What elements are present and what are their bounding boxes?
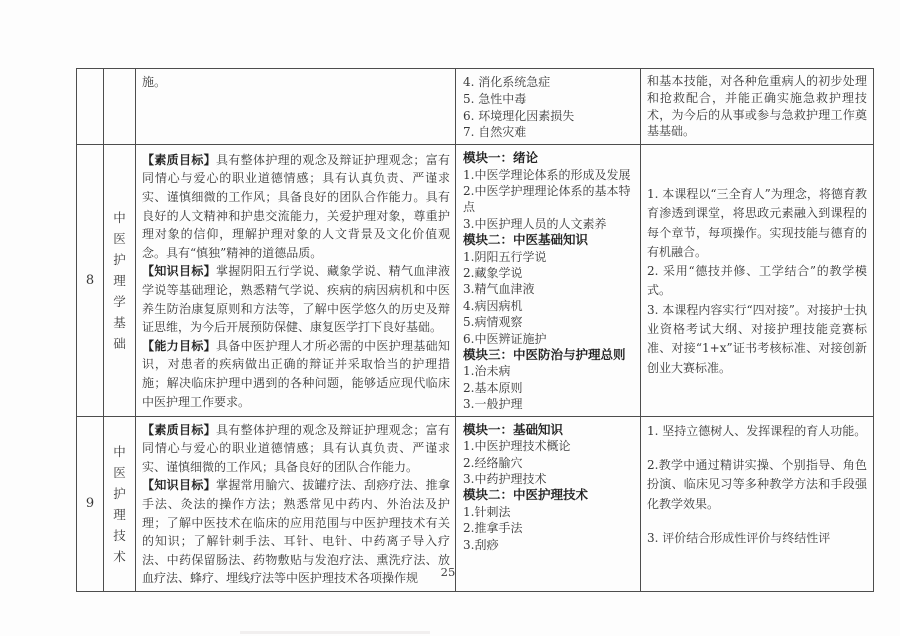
curriculum-table: 施。 4. 消化系统急症5. 急性中毒6. 环境理化因素损失7. 自然灾难 和基… [76, 68, 874, 592]
next-page-edge [240, 631, 430, 634]
page-number: 25 [0, 565, 896, 579]
document-page: 施。 4. 消化系统急症5. 急性中毒6. 环境理化因素损失7. 自然灾难 和基… [0, 0, 900, 636]
course-name-vertical: 中 医 护 理 技 术 [104, 441, 135, 567]
table-row: 施。 4. 消化系统急症5. 急性中毒6. 环境理化因素损失7. 自然灾难 和基… [77, 69, 874, 145]
table-body: 施。 4. 消化系统急症5. 急性中毒6. 环境理化因素损失7. 自然灾难 和基… [77, 69, 874, 592]
row-number-cell [77, 69, 104, 145]
objectives-cell: 施。 [136, 69, 456, 145]
content-cell: 4. 消化系统急症5. 急性中毒6. 环境理化因素损失7. 自然灾难 [456, 69, 641, 145]
row-number-cell: 8 [77, 145, 104, 417]
table-row: 8 中 医 护 理 学 基 础 【素质目标】具有整体护理的观念及辩证护理观念；富… [77, 145, 874, 417]
course-name-cell: 中 医 护 理 学 基 础 [104, 145, 136, 417]
notes-cell: 和基本技能，对各种危重病人的初步处理和抢救配合，并能正确实施急救护理技术，为今后… [641, 69, 874, 145]
objectives-cell: 【素质目标】具有整体护理的观念及辩证护理观念；富有同情心与爱心的职业道德情感；具… [136, 145, 456, 417]
course-name-cell [104, 69, 136, 145]
content-cell: 模块一：绪论1.中医学理论体系的形成及发展2.中医学护理理论体系的基本特点3.中… [456, 145, 641, 417]
course-name-vertical: 中 医 护 理 学 基 础 [104, 207, 135, 354]
notes-cell: 1. 本课程以“三全育人”为理念，将德育教育渗透到课堂，将思政元素融入到课程的每… [641, 145, 874, 417]
